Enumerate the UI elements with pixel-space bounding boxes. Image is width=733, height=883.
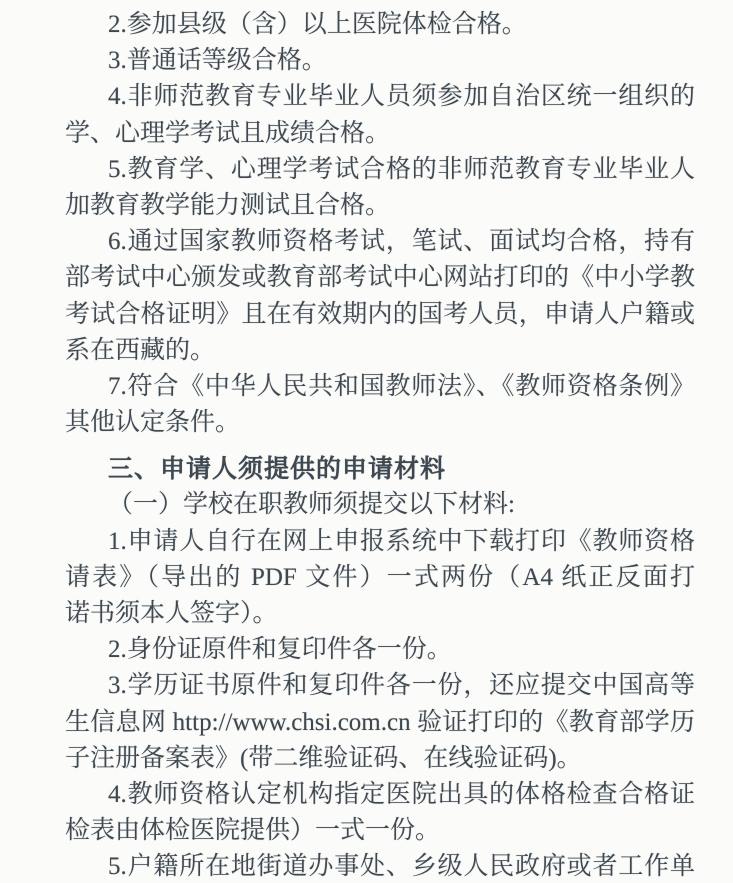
- text-line: 4.教师资格认定机构指定医院出具的体格检查合格证明（体: [65, 777, 695, 813]
- text-line: 2.参加县级（含）以上医院体检合格。: [65, 7, 695, 43]
- document-page: 2.参加县级（含）以上医院体检合格。3.普通话等级合格。4.非师范教育专业毕业人…: [0, 0, 733, 883]
- section-heading: 三、申请人须提供的申请材料: [65, 451, 695, 487]
- text-line: 考试合格证明》且在有效期内的国考人员，申请人户籍或人事关: [65, 297, 695, 333]
- text-line: 加教育教学能力测试且合格。: [65, 188, 695, 224]
- text-line: （一）学校在职教师须提交以下材料:: [65, 487, 695, 523]
- text-line: 请表》（导出的 PDF 文件）一式两份（A4 纸正反面打印，其中承: [65, 560, 695, 596]
- text-line: 生信息网 http://www.chsi.com.cn 验证打印的《教育部学历证…: [65, 705, 695, 741]
- text-line: 其他认定条件。: [65, 405, 695, 441]
- text-line: 1.申请人自行在网上申报系统中下载打印《教师资格认定申: [65, 524, 695, 560]
- text-line: 7.符合《中华人民共和国教师法》、《教师资格条例》规定的: [65, 369, 695, 405]
- text-line: 3.学历证书原件和复印件各一份，还应提交中国高等教育学: [65, 668, 695, 704]
- document-text-block: 2.参加县级（含）以上医院体检合格。3.普通话等级合格。4.非师范教育专业毕业人…: [65, 7, 695, 883]
- text-line: 3.普通话等级合格。: [65, 43, 695, 79]
- text-line: 诺书须本人签字）。: [65, 596, 695, 632]
- text-line: 4.非师范教育专业毕业人员须参加自治区统一组织的教育: [65, 79, 695, 115]
- text-line: 系在西藏的。: [65, 333, 695, 369]
- text-line: 5.户籍所在地街道办事处、乡级人民政府或者工作单位、所: [65, 849, 695, 883]
- text-line: 检表由体检医院提供）一式一份。: [65, 813, 695, 849]
- text-line: 学、心理学考试且成绩合格。: [65, 116, 695, 152]
- text-line: 2.身份证原件和复印件各一份。: [65, 632, 695, 668]
- text-line: 子注册备案表》(带二维验证码、在线验证码)。: [65, 741, 695, 777]
- text-line: 5.教育学、心理学考试合格的非师范教育专业毕业人员须参: [65, 152, 695, 188]
- text-line: 部考试中心颁发或教育部考试中心网站打印的《中小学教师资格: [65, 260, 695, 296]
- text-line: 6.通过国家教师资格考试，笔试、面试均合格，持有由教育: [65, 224, 695, 260]
